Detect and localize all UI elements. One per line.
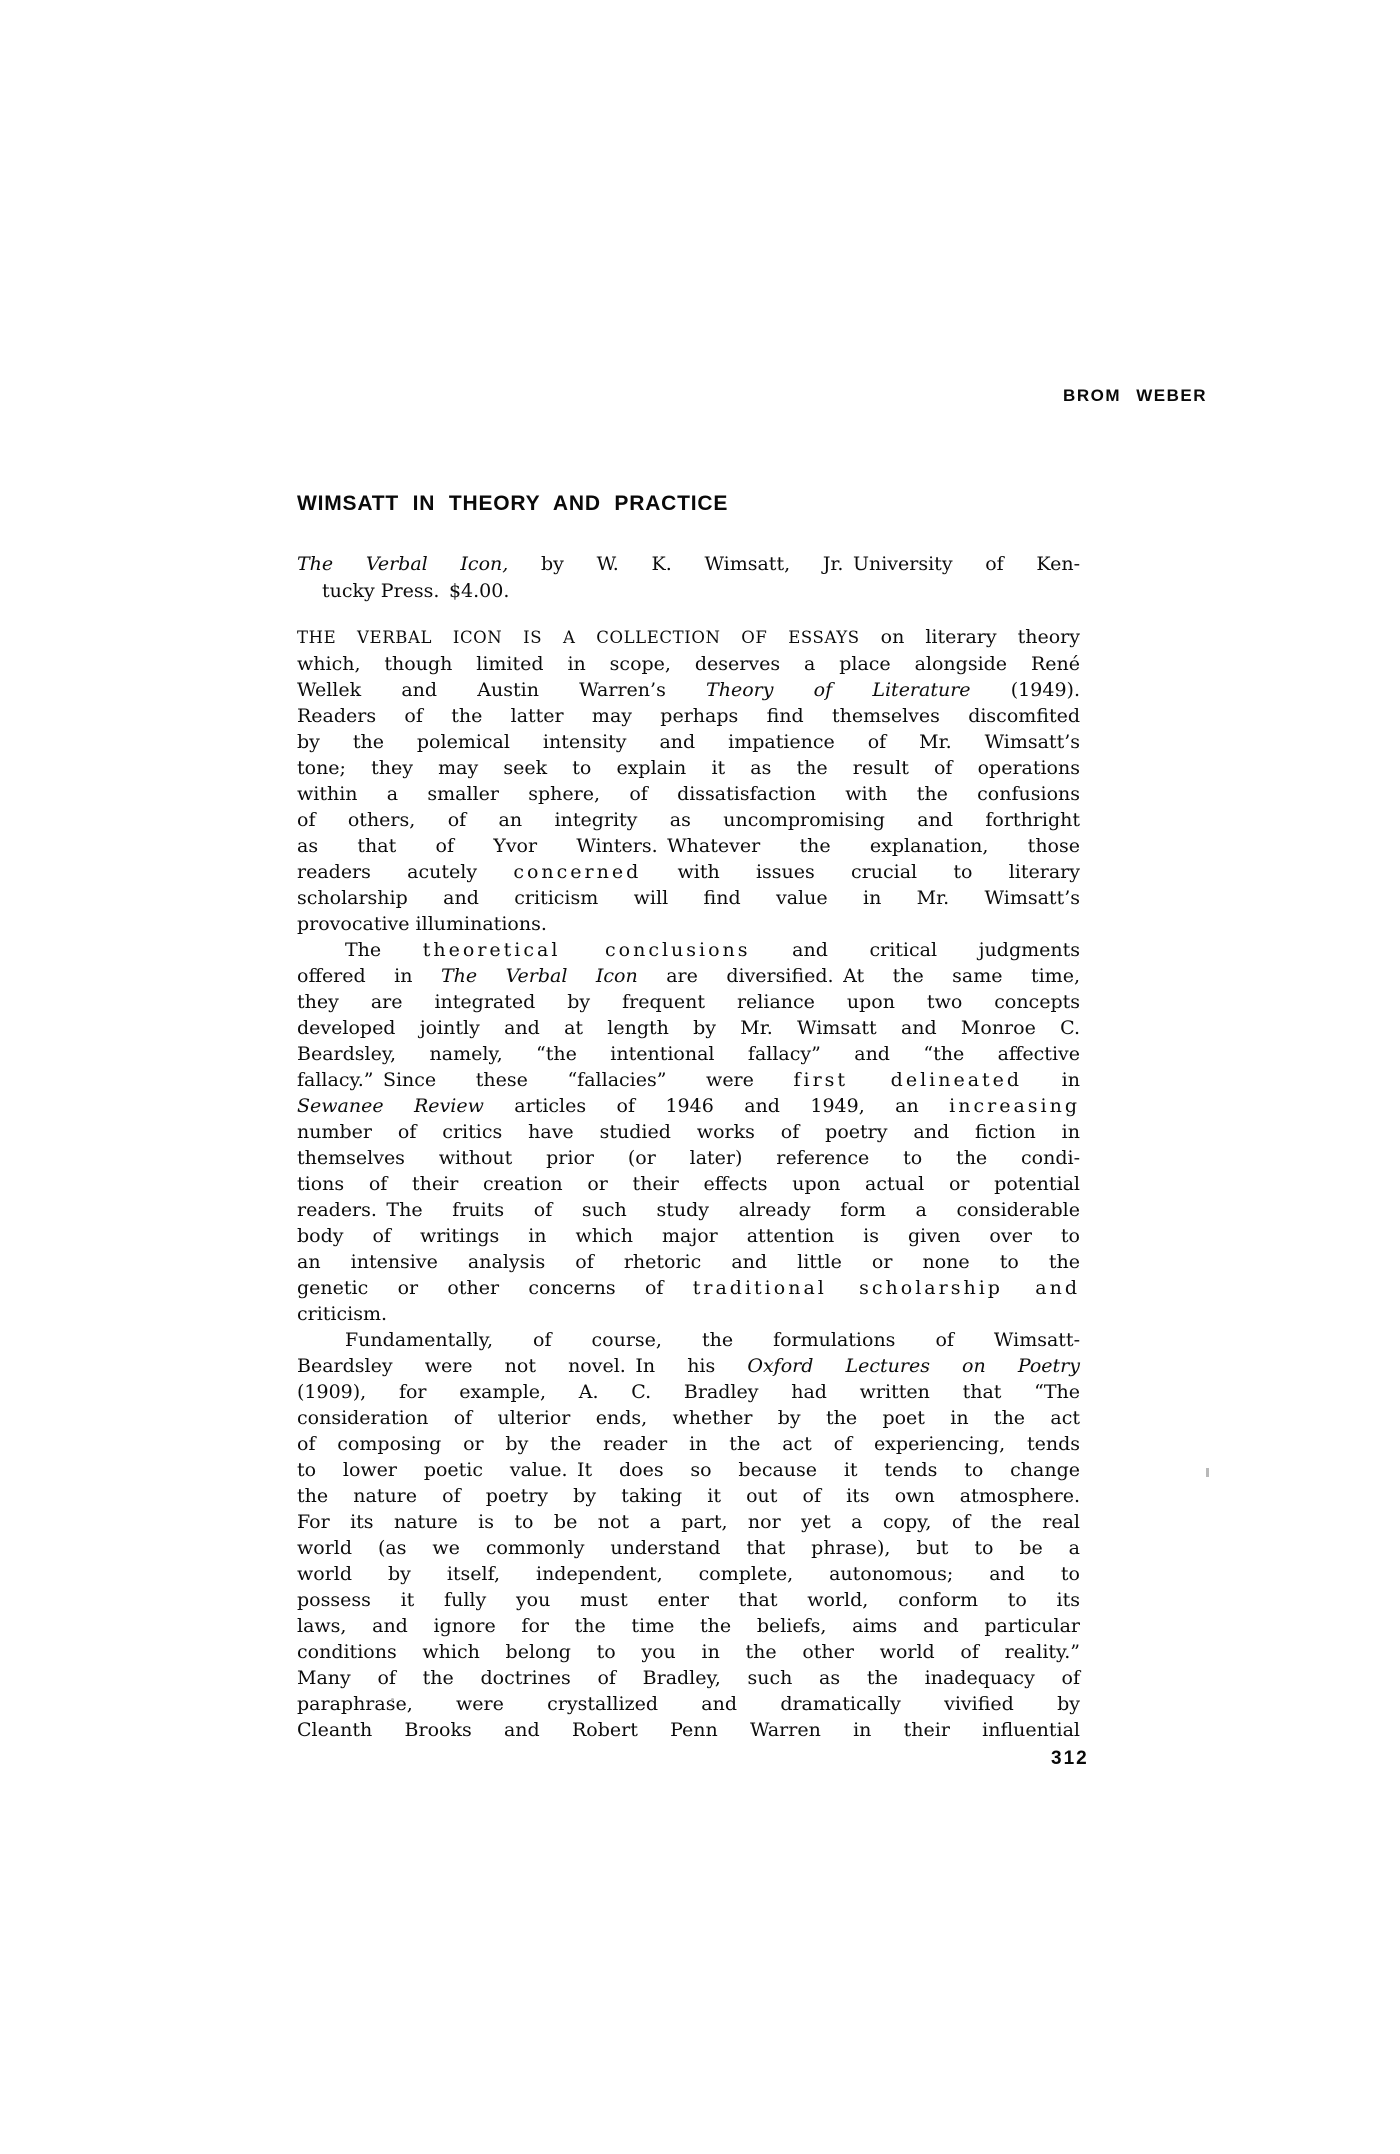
text-line: provocative illuminations. (297, 911, 1080, 937)
text-segment: first delineated (793, 1069, 1022, 1091)
running-head-author: BROM WEBER (1063, 386, 1207, 406)
text-segment: tions of their creation or their effects… (297, 1173, 1080, 1195)
text-segment: by W. K. Wimsatt, Jr. University of Ken- (508, 553, 1080, 575)
text-segment: Beardsley were not novel. In his (297, 1355, 747, 1377)
review-body: THE VERBAL ICON IS A COLLECTION OF ESSAY… (297, 624, 1080, 1743)
text-line: they are integrated by frequent reliance… (297, 989, 1080, 1015)
scanned-page: BROM WEBER WIMSATT IN THEORY AND PRACTIC… (0, 0, 1400, 2154)
text-segment: Wellek and Austin Warren’s (297, 679, 706, 701)
text-line: within a smaller sphere, of dissatisfact… (297, 781, 1080, 807)
text-segment: and critical judgments (751, 939, 1080, 961)
text-line: number of critics have studied works of … (297, 1119, 1080, 1145)
text-segment: scholarship and criticism will find valu… (297, 887, 1080, 909)
text-line: Many of the doctrines of Bradley, such a… (297, 1665, 1080, 1691)
text-line: Wellek and Austin Warren’s Theory of Lit… (297, 677, 1080, 703)
text-segment: by the polemical intensity and impatienc… (297, 731, 1080, 753)
page-number: 312 (1051, 1748, 1089, 1770)
text-line: For its nature is to be not a part, nor … (297, 1509, 1080, 1535)
text-line: Sewanee Review articles of 1946 and 1949… (297, 1093, 1080, 1119)
text-segment: conditions which belong to you in the ot… (297, 1641, 1080, 1663)
text-line: scholarship and criticism will find valu… (297, 885, 1080, 911)
text-segment: increasing (949, 1095, 1080, 1117)
text-line: themselves without prior (or later) refe… (297, 1145, 1080, 1171)
text-line: tucky Press. $4.00. (297, 578, 1080, 605)
text-line: body of writings in which major attentio… (297, 1223, 1080, 1249)
text-segment: traditional scholarship and (693, 1277, 1080, 1299)
text-segment: tucky Press. $4.00. (322, 580, 509, 602)
text-segment: (1949). (971, 679, 1080, 701)
italic-text-segment: Theory of Literature (706, 679, 971, 701)
italic-text-segment: The Verbal Icon (441, 965, 638, 987)
text-segment: For its nature is to be not a part, nor … (297, 1511, 1080, 1533)
text-line: by the polemical intensity and impatienc… (297, 729, 1080, 755)
scan-artifact (391, 1698, 394, 1701)
text-segment: developed jointly and at length by Mr. W… (297, 1017, 1080, 1039)
text-line: possess it fully you must enter that wor… (297, 1587, 1080, 1613)
text-segment: THE VERBAL ICON IS A COLLECTION OF ESSAY… (297, 628, 860, 647)
text-line: Readers of the latter may perhaps find t… (297, 703, 1080, 729)
text-line: an intensive analysis of rhetoric and li… (297, 1249, 1080, 1275)
text-line: offered in The Verbal Icon are diversifi… (297, 963, 1080, 989)
text-segment: world by itself, independent, complete, … (297, 1563, 1080, 1585)
text-line: the nature of poetry by taking it out of… (297, 1483, 1080, 1509)
text-segment: concerned (513, 861, 641, 883)
text-line: tone; they may seek to explain it as the… (297, 755, 1080, 781)
text-segment: Fundamentally, of course, the formulatio… (345, 1329, 1080, 1351)
text-segment: Cleanth Brooks and Robert Penn Warren in… (297, 1719, 1080, 1741)
text-line: as that of Yvor Winters. Whatever the ex… (297, 833, 1080, 859)
text-line: laws, and ignore for the time the belief… (297, 1613, 1080, 1639)
text-segment: consideration of ulterior ends, whether … (297, 1407, 1080, 1429)
article-title: WIMSATT IN THEORY AND PRACTICE (297, 492, 728, 516)
text-line: world (as we commonly understand that ph… (297, 1535, 1080, 1561)
text-segment: of composing or by the reader in the act… (297, 1433, 1080, 1455)
text-line: tions of their creation or their effects… (297, 1171, 1080, 1197)
text-line: readers acutely concerned with issues cr… (297, 859, 1080, 885)
text-segment: genetic or other concerns of (297, 1277, 693, 1299)
text-line: of composing or by the reader in the act… (297, 1431, 1080, 1457)
text-segment: number of critics have studied works of … (297, 1121, 1080, 1143)
text-segment: themselves without prior (or later) refe… (297, 1147, 1080, 1169)
text-segment: readers. The fruits of such study alread… (297, 1199, 1080, 1221)
text-line: Cleanth Brooks and Robert Penn Warren in… (297, 1717, 1080, 1743)
text-segment: paraphrase, were crystallized and dramat… (297, 1693, 1080, 1715)
text-segment: on literary theory (860, 626, 1080, 648)
text-line: fallacy.” Since these “fallacies” were f… (297, 1067, 1080, 1093)
text-line: to lower poetic value. It does so becaus… (297, 1457, 1080, 1483)
text-segment: with issues crucial to literary (641, 861, 1080, 883)
text-segment: in (1022, 1069, 1080, 1091)
text-segment: (1909), for example, A. C. Bradley had w… (297, 1381, 1080, 1403)
text-segment: provocative illuminations. (297, 913, 547, 935)
text-line: criticism. (297, 1301, 1080, 1327)
text-segment: laws, and ignore for the time the belief… (297, 1615, 1080, 1637)
text-line: genetic or other concerns of traditional… (297, 1275, 1080, 1301)
text-segment: theoretical conclusions (423, 939, 751, 961)
text-line: which, though limited in scope, deserves… (297, 651, 1080, 677)
text-line: (1909), for example, A. C. Bradley had w… (297, 1379, 1080, 1405)
italic-text-segment: Oxford Lectures on Poetry (747, 1355, 1080, 1377)
text-segment: criticism. (297, 1303, 387, 1325)
text-segment: within a smaller sphere, of dissatisfact… (297, 783, 1080, 805)
text-line: The Verbal Icon, by W. K. Wimsatt, Jr. U… (297, 551, 1080, 578)
italic-text-segment: The Verbal Icon, (297, 553, 508, 575)
text-segment: an intensive analysis of rhetoric and li… (297, 1251, 1080, 1273)
text-segment: fallacy.” Since these “fallacies” were (297, 1069, 793, 1091)
text-segment: to lower poetic value. It does so becaus… (297, 1459, 1080, 1481)
text-line: The theoretical conclusions and critical… (297, 937, 1080, 963)
text-line: developed jointly and at length by Mr. W… (297, 1015, 1080, 1041)
text-segment: tone; they may seek to explain it as the… (297, 757, 1080, 779)
text-segment: offered in (297, 965, 441, 987)
text-line: Fundamentally, of course, the formulatio… (297, 1327, 1080, 1353)
text-line: world by itself, independent, complete, … (297, 1561, 1080, 1587)
text-segment: world (as we commonly understand that ph… (297, 1537, 1080, 1559)
book-citation: The Verbal Icon, by W. K. Wimsatt, Jr. U… (297, 551, 1080, 605)
scan-artifact (1206, 1468, 1209, 1477)
text-segment: Readers of the latter may perhaps find t… (297, 705, 1080, 727)
text-block: The Verbal Icon, by W. K. Wimsatt, Jr. U… (297, 551, 1080, 1743)
text-segment: the nature of poetry by taking it out of… (297, 1485, 1080, 1507)
text-line: paraphrase, were crystallized and dramat… (297, 1691, 1080, 1717)
italic-text-segment: Sewanee Review (297, 1095, 484, 1117)
text-line: consideration of ulterior ends, whether … (297, 1405, 1080, 1431)
text-segment: possess it fully you must enter that wor… (297, 1589, 1080, 1611)
text-segment: body of writings in which major attentio… (297, 1225, 1080, 1247)
text-line: readers. The fruits of such study alread… (297, 1197, 1080, 1223)
text-segment: which, though limited in scope, deserves… (297, 653, 1080, 675)
text-line: conditions which belong to you in the ot… (297, 1639, 1080, 1665)
text-segment: they are integrated by frequent reliance… (297, 991, 1080, 1013)
text-segment: readers acutely (297, 861, 513, 883)
text-segment: of others, of an integrity as uncompromi… (297, 809, 1080, 831)
text-segment: are diversified. At the same time, (638, 965, 1080, 987)
text-line: Beardsley, namely, “the intentional fall… (297, 1041, 1080, 1067)
text-line: THE VERBAL ICON IS A COLLECTION OF ESSAY… (297, 624, 1080, 651)
text-line: of others, of an integrity as uncompromi… (297, 807, 1080, 833)
text-segment: articles of 1946 and 1949, an (484, 1095, 949, 1117)
text-line: Beardsley were not novel. In his Oxford … (297, 1353, 1080, 1379)
text-segment: Many of the doctrines of Bradley, such a… (297, 1667, 1080, 1689)
text-segment: Beardsley, namely, “the intentional fall… (297, 1043, 1080, 1065)
text-segment: as that of Yvor Winters. Whatever the ex… (297, 835, 1080, 857)
text-segment: The (345, 939, 423, 961)
